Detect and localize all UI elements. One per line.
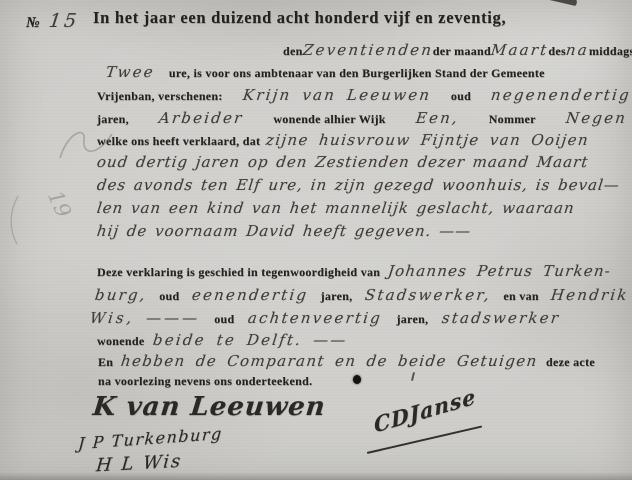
printed-jaren-2: jaren, (321, 289, 353, 304)
hand-nommer-value: Negen (565, 109, 628, 127)
pencil-mark-squiggle (56, 124, 118, 166)
numero-symbol: № (26, 15, 40, 32)
hand-comparant-getuigen: hebben de Comparant en de beide Getuigen (120, 352, 539, 370)
printed-jaren-3: jaren, (396, 312, 428, 327)
hand-declarant-name: Krijn van Leeuwen (242, 86, 432, 104)
hand-na: na (565, 41, 590, 59)
signature-witness1: J P Turkenburg (78, 424, 224, 453)
printed-des: des (548, 44, 566, 59)
hand-day: Zeventienden (301, 41, 433, 59)
hand-wijk-value: Een, (415, 109, 460, 127)
scanned-birth-record: № 15 In het jaar een duizend acht honder… (0, 0, 632, 480)
closing-line-2: na voorlezing nevens ons onderteekend. (98, 374, 312, 389)
scan-edge-artifact (549, 0, 578, 6)
printed-tegenwoordigheid: Deze verklaring is geschied in tegenwoor… (97, 265, 380, 280)
printed-middags-ten: middags ten (589, 44, 632, 59)
printed-en-van: en van (503, 289, 538, 304)
hour-line: Twee ure, is voor ons ambtenaar van den … (106, 63, 545, 81)
hand-witness2-age: achtenveertig (247, 309, 383, 327)
birth-date-line: oud dertig jaren op den Zestienden dezer… (97, 153, 588, 171)
printed-wonende-wijk: wonende alhier Wijk (273, 112, 385, 127)
declaration-line: welke ons heeft verklaard, dat zijne hui… (97, 131, 589, 149)
occupation-address-line: jaren, Arbeider wonende alhier Wijk Een,… (97, 109, 627, 127)
printed-oud: oud (451, 89, 471, 104)
pencil-mark-bracket (6, 194, 22, 246)
signature-declarant: K van Leeuwen (91, 392, 327, 422)
hand-witness2-firstname: Hendrik (550, 286, 630, 304)
hand-witness1-age: eenendertig (191, 286, 309, 304)
act-number-block: № 15 (26, 10, 79, 32)
hand-residence: beide te Delft. —— (152, 331, 349, 349)
printed-onderteekend: na voorlezing nevens ons onderteekend. (98, 374, 312, 389)
pencil-mark-number: 19 (43, 187, 76, 221)
hand-child-gender: len van een kind van het mannelijk gesla… (96, 199, 576, 217)
witness-intro-line: Deze verklaring is geschied in tegenwoor… (97, 262, 611, 280)
printed-vrijenban-verschenen: Vrijenban, verschenen: (97, 89, 223, 104)
hand-hour: Twee (105, 63, 156, 81)
hand-witness1-name: Johannes Petrus Turken- (387, 262, 612, 280)
scan-bottom-shadow (0, 472, 632, 480)
hand-witness1-name-cont: burg, (94, 286, 148, 304)
witness2-detail-line: Wis, ——— oud achtenveertig jaren, stadsw… (90, 309, 561, 327)
hand-witness2-surname: Wis, ——— (89, 309, 201, 327)
hand-month: Maart (490, 41, 550, 59)
hand-declarant-age: negenendertig (490, 86, 632, 104)
hand-witness2-occupation: stadswerker (441, 309, 561, 327)
child-gender-line: len van een kind van het mannelijk gesla… (97, 199, 575, 217)
printed-en: En (98, 355, 113, 370)
closing-line-1: En hebben de Comparant en de beide Getui… (98, 352, 595, 370)
ink-stroke (411, 372, 415, 381)
child-name-line: hij de voornaam David heeft gegeven. —— (97, 222, 471, 240)
printed-verklaard-dat: welke ons heeft verklaard, dat (97, 134, 260, 149)
opening-year-text: In het jaar een duizend acht honderd vij… (93, 8, 506, 28)
printed-nommer: Nommer (489, 112, 536, 127)
witness1-detail-line: burg, oud eenendertig jaren, Stadswerker… (95, 286, 629, 304)
opening-year-line: In het jaar een duizend acht honderd vij… (93, 8, 506, 28)
date-line: den Zeventienden der maand Maart des na … (283, 41, 629, 59)
ink-blot (353, 375, 361, 384)
printed-den: den (283, 44, 303, 59)
residence-line: wonende beide te Delft. —— (97, 331, 348, 349)
declarant-line: Vrijenban, verschenen: Krijn van Leeuwen… (97, 86, 631, 104)
hand-mother-name: zijne huisvrouw Fijntje van Ooijen (265, 131, 590, 149)
hand-witness1-occupation: Stadswerker, (364, 286, 492, 304)
printed-oud-3: oud (214, 312, 234, 327)
hand-birth-time-place: des avonds ten Elf ure, in zijn gezegd w… (96, 176, 621, 194)
printed-deze-acte: deze acte (546, 355, 595, 370)
printed-wonende: wonende (97, 334, 144, 349)
printed-oud-2: oud (159, 289, 179, 304)
birth-time-line: des avonds ten Elf ure, in zijn gezegd w… (97, 176, 620, 194)
hand-occupation: Arbeider (158, 109, 245, 127)
printed-ambtenaar-text: ure, is voor ons ambtenaar van den Burge… (169, 66, 545, 81)
act-number: 15 (48, 10, 81, 32)
printed-der-maand: der maand (433, 44, 491, 59)
hand-mother-age-birthdate: oud dertig jaren op den Zestienden dezer… (96, 153, 590, 171)
hand-child-name: hij de voornaam David heeft gegeven. —— (96, 222, 472, 240)
